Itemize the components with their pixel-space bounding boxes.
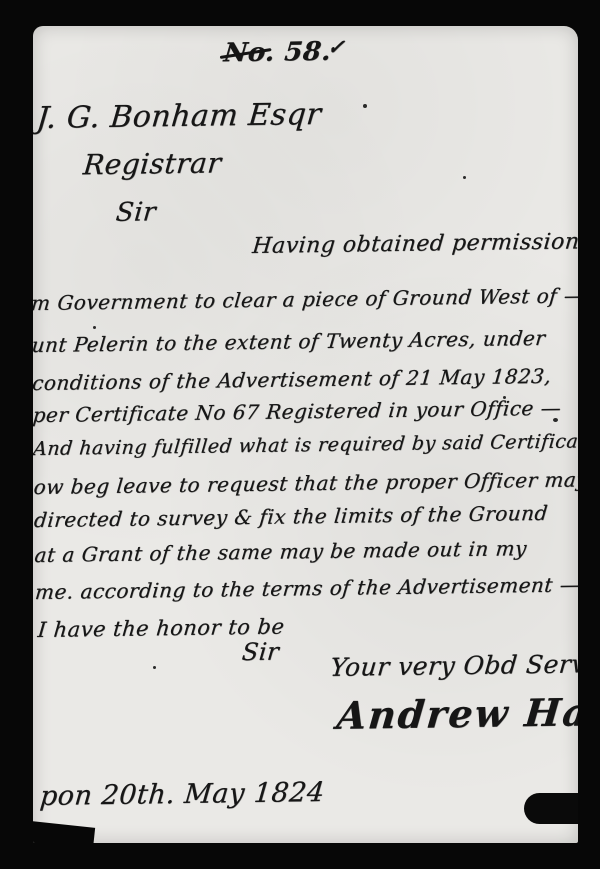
scanned-letter-page: No. 58. ✓ J. G. Bonham Esqr Registrar Si… bbox=[0, 0, 600, 869]
body-line: m Government to clear a piece of Ground … bbox=[33, 283, 578, 315]
body-line: at a Grant of the same may be made out i… bbox=[34, 536, 528, 567]
closing-valediction: Your very Obd Serv bbox=[329, 649, 578, 682]
paper-speck bbox=[363, 104, 367, 108]
body-opening-line: Having obtained permission bbox=[251, 229, 578, 259]
paper-speck bbox=[553, 418, 558, 422]
paper-speck bbox=[463, 176, 466, 179]
closing-salutation: Sir bbox=[241, 638, 281, 667]
dateline: pon 20th. May 1824 bbox=[39, 777, 326, 812]
body-line: conditions of the Advertisement of 21 Ma… bbox=[33, 364, 552, 395]
paper-speck bbox=[93, 326, 96, 329]
paper-speck bbox=[503, 396, 506, 399]
docket-check-mark: ✓ bbox=[327, 35, 346, 59]
addressee-title: Registrar bbox=[82, 146, 223, 181]
body-line: directed to survey & fix the limits of t… bbox=[33, 501, 549, 532]
punch-hole-notch bbox=[524, 793, 578, 824]
handwriting-layer: No. 58. ✓ J. G. Bonham Esqr Registrar Si… bbox=[33, 26, 578, 843]
letter-paper: No. 58. ✓ J. G. Bonham Esqr Registrar Si… bbox=[33, 26, 578, 843]
signature: Andrew Hay bbox=[335, 689, 578, 738]
addressee-name: J. G. Bonham Esqr bbox=[35, 97, 323, 136]
addressee-salutation: Sir bbox=[115, 197, 158, 228]
body-line: unt Pelerin to the extent of Twenty Acre… bbox=[33, 326, 547, 357]
body-line: me. according to the terms of the Advert… bbox=[34, 572, 578, 604]
body-line: ow beg leave to request that the proper … bbox=[33, 467, 578, 499]
body-line: per Certificate No 67 Registered in your… bbox=[33, 396, 562, 427]
paper-speck bbox=[153, 666, 156, 669]
body-line: And having fulfilled what is required by… bbox=[33, 430, 578, 460]
